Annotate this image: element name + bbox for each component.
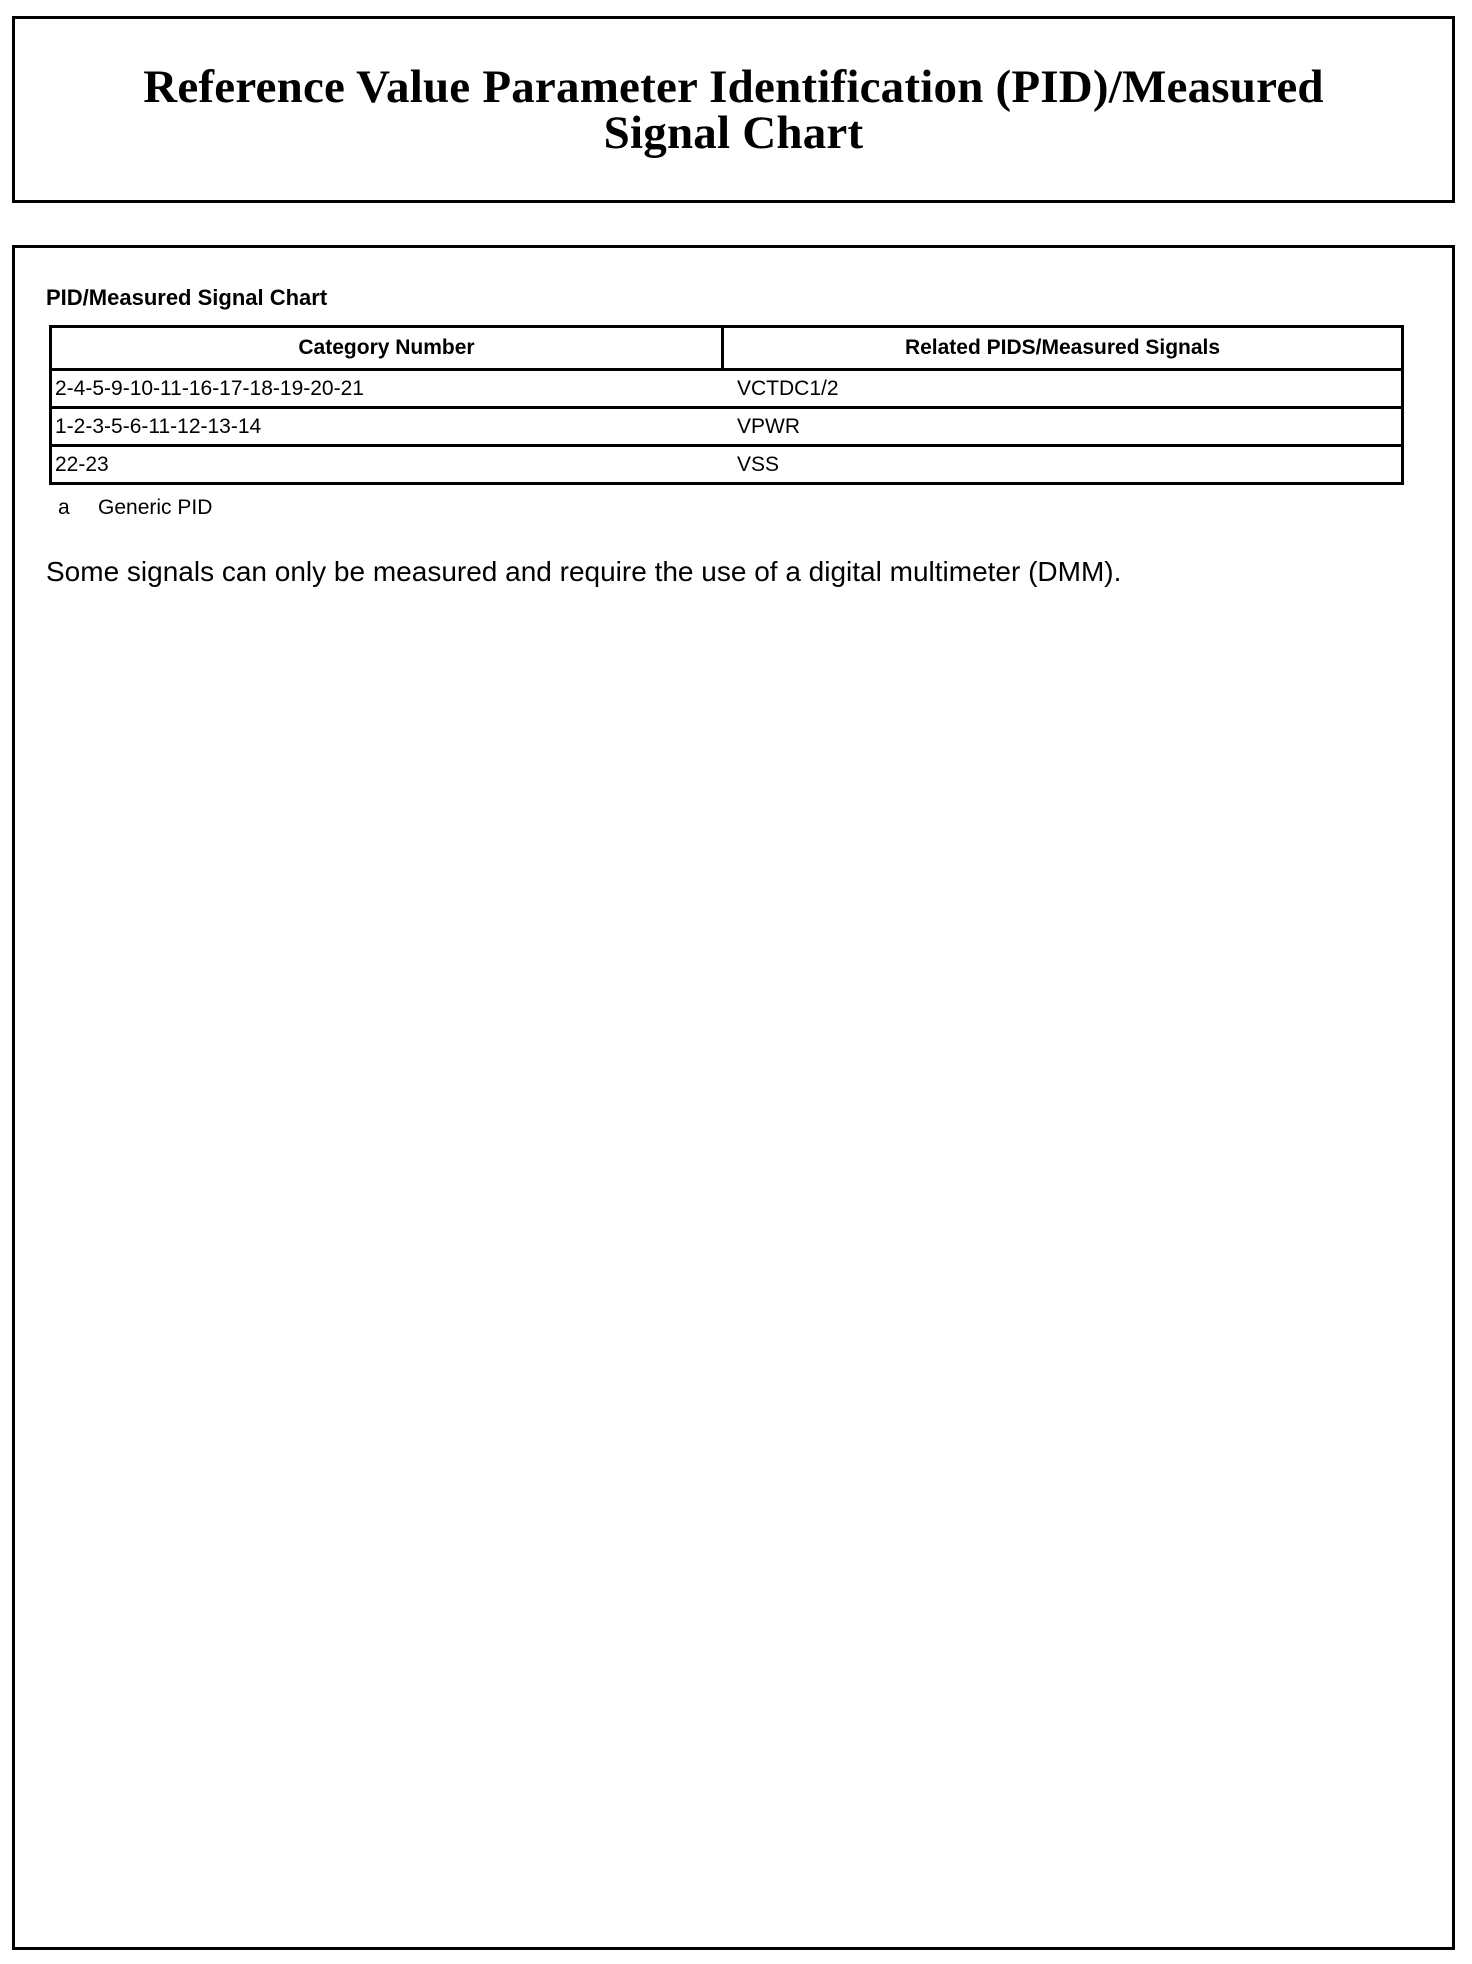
footnote-text: Generic PID [98, 496, 212, 519]
table-row: 22-23 VSS [52, 444, 1401, 482]
page-title-line-2: Signal Chart [604, 110, 864, 156]
category-number-cell: 2-4-5-9-10-11-16-17-18-19-20-21 [52, 377, 724, 401]
footnote-mark: a [58, 496, 98, 520]
category-number-cell: 22-23 [52, 453, 724, 477]
table-row: 2-4-5-9-10-11-16-17-18-19-20-21 VCTDC1/2 [52, 368, 1401, 406]
footnote: aGeneric PID [58, 496, 212, 520]
table-header-row: Category Number Related PIDS/Measured Si… [52, 328, 1401, 368]
section-label: PID/Measured Signal Chart [46, 285, 327, 311]
content-box: PID/Measured Signal Chart Category Numbe… [12, 245, 1455, 1950]
column-header-related-pids: Related PIDS/Measured Signals [724, 328, 1401, 368]
category-number-cell: 1-2-3-5-6-11-12-13-14 [52, 415, 724, 439]
pid-measured-signal-table: Category Number Related PIDS/Measured Si… [49, 325, 1404, 485]
table-row: 1-2-3-5-6-11-12-13-14 VPWR [52, 406, 1401, 444]
body-paragraph: Some signals can only be measured and re… [46, 556, 1121, 588]
related-pid-cell: VSS [724, 453, 1401, 477]
related-pid-cell: VCTDC1/2 [724, 377, 1401, 401]
title-box: Reference Value Parameter Identification… [12, 16, 1455, 203]
related-pid-cell: VPWR [724, 415, 1401, 439]
page-title-line-1: Reference Value Parameter Identification… [143, 64, 1324, 110]
column-header-category-number: Category Number [52, 328, 724, 368]
